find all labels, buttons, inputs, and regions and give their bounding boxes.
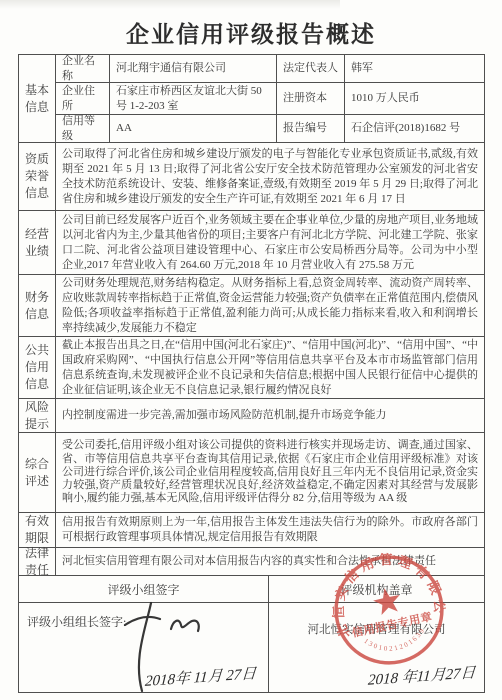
company-address-value: 石家庄市桥西区友谊北大街 50 号 1-2-203 室 — [110, 83, 277, 114]
section-text: 截止本报告出具之日,在“信用中国(河北石家庄)”、“信用中国(河北)”、“信用中… — [62, 338, 478, 398]
company-name-value: 河北翔宇通信有限公司 — [110, 55, 277, 82]
credit-rating-report-page: 企业信用评级报告概述 基本信息 企业名称 河北翔宇通信有限公司 法定代表人 韩军… — [0, 0, 502, 700]
section-label: 法律责任 — [19, 548, 56, 575]
section-label: 风险提示 — [19, 399, 56, 432]
credit-grade-value: AA — [110, 115, 277, 142]
legal-representative-value: 韩军 — [345, 55, 484, 82]
agency-seal-header: 评级机构盖章 — [269, 576, 484, 602]
registered-capital-value: 1010 万人民币 — [345, 83, 484, 114]
section-comprehensive-review: 综合评述 受公司委托,信用评级小组对该公司提供的资料进行核实并现场走访、调查,通… — [19, 432, 484, 512]
scan-artifact — [0, 0, 340, 9]
section-public-credit-info: 公共信用信息 截止本报告出具之日,在“信用中国(河北石家庄)”、“信用中国(河北… — [19, 336, 484, 398]
section-label: 经营业绩 — [19, 211, 56, 274]
section-text: 公司财务处理规范,财务结构稳定。从财务指标上看,总资金周转率、流动资产周转率、应… — [62, 276, 478, 336]
section-text: 河北恒实信用管理有限公司对本信用报告内容的真实性和合法性承担法律责任 — [62, 554, 478, 569]
signature-body-row: 评级小组组长签字: 2018年 11月 27日 河北恒实信用管理有限公司 201… — [19, 602, 484, 692]
table-row: 信用等级 AA 报告编号 石企信评(2018)1682 号 — [56, 114, 484, 142]
section-label: 有效期限 — [19, 513, 56, 547]
table-row: 企业名称 河北翔宇通信有限公司 法定代表人 韩军 — [56, 55, 484, 82]
page-title: 企业信用评级报告概述 — [0, 16, 502, 49]
signature-header-row: 评级小组签字 评级机构盖章 — [19, 575, 484, 602]
section-business-performance: 经营业绩 公司目前已经发展客户近百个,业务领域主要在企事业单位,少量的房地产项目… — [19, 210, 484, 274]
agency-seal-cell: 河北恒实信用管理有限公司 2018 年11月27日 — [269, 603, 484, 692]
report-number-value: 石企信评(2018)1682 号 — [345, 115, 484, 142]
field-label: 企业名称 — [56, 55, 110, 82]
section-text: 内控制度需进一步完善,需加强市场风险防范机制,提升市场竞争能力 — [62, 408, 478, 423]
field-label: 法定代表人 — [277, 55, 345, 82]
field-label: 报告编号 — [277, 115, 345, 142]
team-leader-signature-label: 评级小组组长签字: — [27, 613, 126, 630]
section-label: 公共信用信息 — [19, 337, 56, 398]
section-legal-responsibility: 法律责任 河北恒实信用管理有限公司对本信用报告内容的真实性和合法性承担法律责任 — [19, 547, 484, 575]
section-risk-warning: 风险提示 内控制度需进一步完善,需加强市场风险防范机制,提升市场竞争能力 — [19, 398, 484, 432]
section-text: 公司目前已经发展客户近百个,业务领域主要在企事业单位,少量的房地产项目,业务地域… — [62, 213, 478, 273]
section-basic-info: 基本信息 企业名称 河北翔宇通信有限公司 法定代表人 韩军 企业住所 石家庄市桥… — [19, 55, 484, 142]
field-label: 信用等级 — [56, 115, 110, 142]
section-label: 综合评述 — [19, 433, 56, 512]
agency-name-text: 河北恒实信用管理有限公司 — [269, 621, 484, 637]
section-validity-period: 有效期限 信用报告有效期原则上为一年,信用报告主体发生违法失信行为的除外。市政府… — [19, 512, 484, 547]
section-label: 财务信息 — [19, 275, 56, 336]
section-text: 受公司委托,信用评级小组对该公司提供的资料进行核实并现场走访、调查,通过国家、省… — [62, 439, 478, 505]
section-qualifications: 资质荣誉信息 公司取得了河北省住房和城乡建设厅颁发的电子与智能化专业承包资质证书… — [19, 142, 484, 210]
section-text: 公司取得了河北省住房和城乡建设厅颁发的电子与智能化专业承包资质证书,贰级,有效期… — [62, 147, 478, 207]
section-financial-info: 财务信息 公司财务处理规范,财务结构稳定。从财务指标上看,总资金周转率、流动资产… — [19, 274, 484, 336]
field-label: 注册资本 — [277, 83, 345, 114]
section-text: 信用报告有效期原则上为一年,信用报告主体发生违法失信行为的除外。市政府各部门可根… — [62, 515, 478, 545]
team-leader-signature-cell: 评级小组组长签字: 2018年 11月 27日 — [19, 603, 269, 692]
table-row: 企业住所 石家庄市桥西区友谊北大街 50 号 1-2-203 室 注册资本 10… — [56, 82, 484, 114]
section-label: 资质荣誉信息 — [19, 143, 56, 210]
field-label: 企业住所 — [56, 83, 110, 114]
section-label-basic: 基本信息 — [19, 55, 56, 142]
agency-sign-date: 2018 年11月27日 — [368, 661, 477, 690]
report-table: 基本信息 企业名称 河北翔宇通信有限公司 法定代表人 韩军 企业住所 石家庄市桥… — [18, 54, 485, 693]
